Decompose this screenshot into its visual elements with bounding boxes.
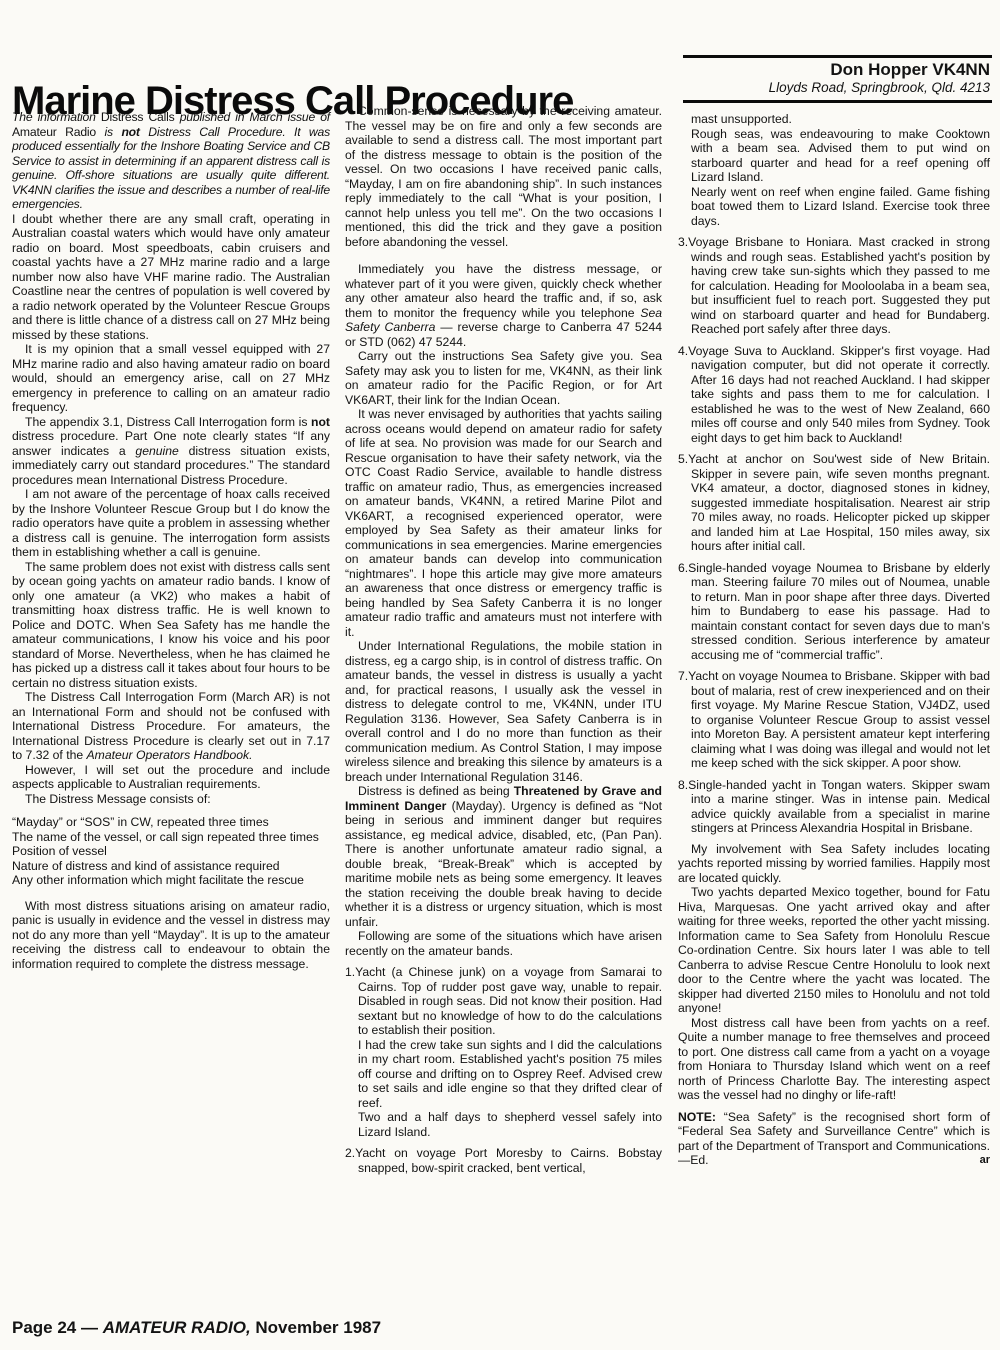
paragraph: It was never envisaged by authorities th… xyxy=(345,407,662,639)
numbered-item: 7.Yacht on voyage Noumea to Brisbane. Sk… xyxy=(678,669,990,771)
item-number: 7. xyxy=(678,669,688,683)
paragraph: Under International Regulations, the mob… xyxy=(345,639,662,784)
paragraph: 8.Single-handed yacht in Tongan waters. … xyxy=(691,778,990,836)
paragraph: Carry out the instructions Sea Safety gi… xyxy=(345,349,662,407)
column-left: The information Distress Calls published… xyxy=(12,0,330,1175)
numbered-item: 5.Yacht at anchor on Sou'west side of Ne… xyxy=(678,452,990,554)
editor-note: NOTE: “Sea Safety” is the recognised sho… xyxy=(678,1110,990,1168)
paragraph: Nature of distress and kind of assistanc… xyxy=(12,859,330,874)
paragraph-gap xyxy=(12,806,330,815)
column-middle: Common-sense is necessary by the receivi… xyxy=(345,0,662,1175)
item-number: 8. xyxy=(678,778,688,792)
article-end-mark: ar xyxy=(980,1153,990,1168)
article-columns: The information Distress Calls published… xyxy=(12,0,992,1175)
paragraph: My involvement with Sea Safety includes … xyxy=(678,842,990,886)
paragraph-gap xyxy=(12,888,330,899)
paragraph: 7.Yacht on voyage Noumea to Brisbane. Sk… xyxy=(691,669,990,771)
paragraph: The appendix 3.1, Distress Call Interrog… xyxy=(12,415,330,488)
paragraph-gap xyxy=(678,228,990,235)
paragraph: Two and a half days to shepherd vessel s… xyxy=(358,1110,662,1139)
paragraph: Immediately you have the distress messag… xyxy=(345,262,662,349)
numbered-item: 1.Yacht (a Chinese junk) on a voyage fro… xyxy=(345,965,662,1139)
numbered-item: 4.Voyage Suva to Auckland. Skipper's fir… xyxy=(678,344,990,446)
magazine-page: Marine Distress Call Procedure Don Hoppe… xyxy=(0,0,1000,1350)
paragraph-gap xyxy=(678,662,990,669)
item-number: 2. xyxy=(345,1146,355,1160)
paragraph-gap xyxy=(678,771,990,778)
paragraph-gap xyxy=(345,1139,662,1146)
paragraph: The Distress Call Interrogation Form (Ma… xyxy=(12,690,330,763)
paragraph: Position of vessel xyxy=(12,844,330,859)
paragraph-gap xyxy=(678,337,990,344)
paragraph-gap xyxy=(678,445,990,452)
item-number: 5. xyxy=(678,452,688,466)
page-footer: Page 24 — AMATEUR RADIO, November 1987 xyxy=(12,1318,381,1338)
paragraph-gap xyxy=(345,249,662,262)
paragraph: The name of the vessel, or call sign rep… xyxy=(12,830,330,845)
paragraph: Two yachts departed Mexico together, bou… xyxy=(678,885,990,1016)
paragraph: The Distress Message consists of: xyxy=(12,792,330,807)
paragraph: 3.Voyage Brisbane to Honiara. Mast crack… xyxy=(691,235,990,337)
item-continuation: mast unsupported.Rough seas, was endeavo… xyxy=(678,112,990,228)
paragraph: Nearly went on reef when engine failed. … xyxy=(691,185,990,229)
item-number: 3. xyxy=(678,235,688,249)
paragraph: Distress is defined as being Threatened … xyxy=(345,784,662,929)
column-right: mast unsupported.Rough seas, was endeavo… xyxy=(678,0,990,1175)
paragraph: 5.Yacht at anchor on Sou'west side of Ne… xyxy=(691,452,990,554)
paragraph: 4.Voyage Suva to Auckland. Skipper's fir… xyxy=(691,344,990,446)
paragraph: “Mayday” or “SOS” in CW, repeated three … xyxy=(12,815,330,830)
paragraph-gap xyxy=(678,1103,990,1110)
numbered-item: 8.Single-handed yacht in Tongan waters. … xyxy=(678,778,990,836)
paragraph: Following are some of the situations whi… xyxy=(345,929,662,958)
paragraph: Most distress call have been from yachts… xyxy=(678,1016,990,1103)
numbered-item: 6.Single-handed voyage Noumea to Brisban… xyxy=(678,561,990,663)
item-number: 6. xyxy=(678,561,688,575)
paragraph: Common-sense is necessary by the receivi… xyxy=(345,104,662,249)
paragraph: I had the crew take sun sights and I did… xyxy=(358,1038,662,1111)
paragraph: I am not aware of the percentage of hoax… xyxy=(12,487,330,560)
paragraph: 1.Yacht (a Chinese junk) on a voyage fro… xyxy=(358,965,662,1038)
numbered-item: 3.Voyage Brisbane to Honiara. Mast crack… xyxy=(678,235,990,337)
paragraph: 6.Single-handed voyage Noumea to Brisban… xyxy=(691,561,990,663)
paragraph-gap xyxy=(678,554,990,561)
paragraph: It is my opinion that a small vessel equ… xyxy=(12,342,330,415)
paragraph: mast unsupported. xyxy=(691,112,990,127)
paragraph: I doubt whether there are any small craf… xyxy=(12,212,330,343)
item-number: 4. xyxy=(678,344,688,358)
paragraph: The same problem does not exist with dis… xyxy=(12,560,330,691)
item-number: 1. xyxy=(345,965,355,979)
paragraph: Rough seas, was endeavouring to make Coo… xyxy=(691,127,990,185)
paragraph: With most distress situations arising on… xyxy=(12,899,330,972)
paragraph: However, I will set out the procedure an… xyxy=(12,763,330,792)
paragraph: Any other information which might facili… xyxy=(12,873,330,888)
paragraph-gap xyxy=(345,958,662,965)
intro-paragraph: The information Distress Calls published… xyxy=(12,110,330,212)
paragraph: 2.Yacht on voyage Port Moresby to Cairns… xyxy=(358,1146,662,1175)
numbered-item: 2.Yacht on voyage Port Moresby to Cairns… xyxy=(345,1146,662,1175)
